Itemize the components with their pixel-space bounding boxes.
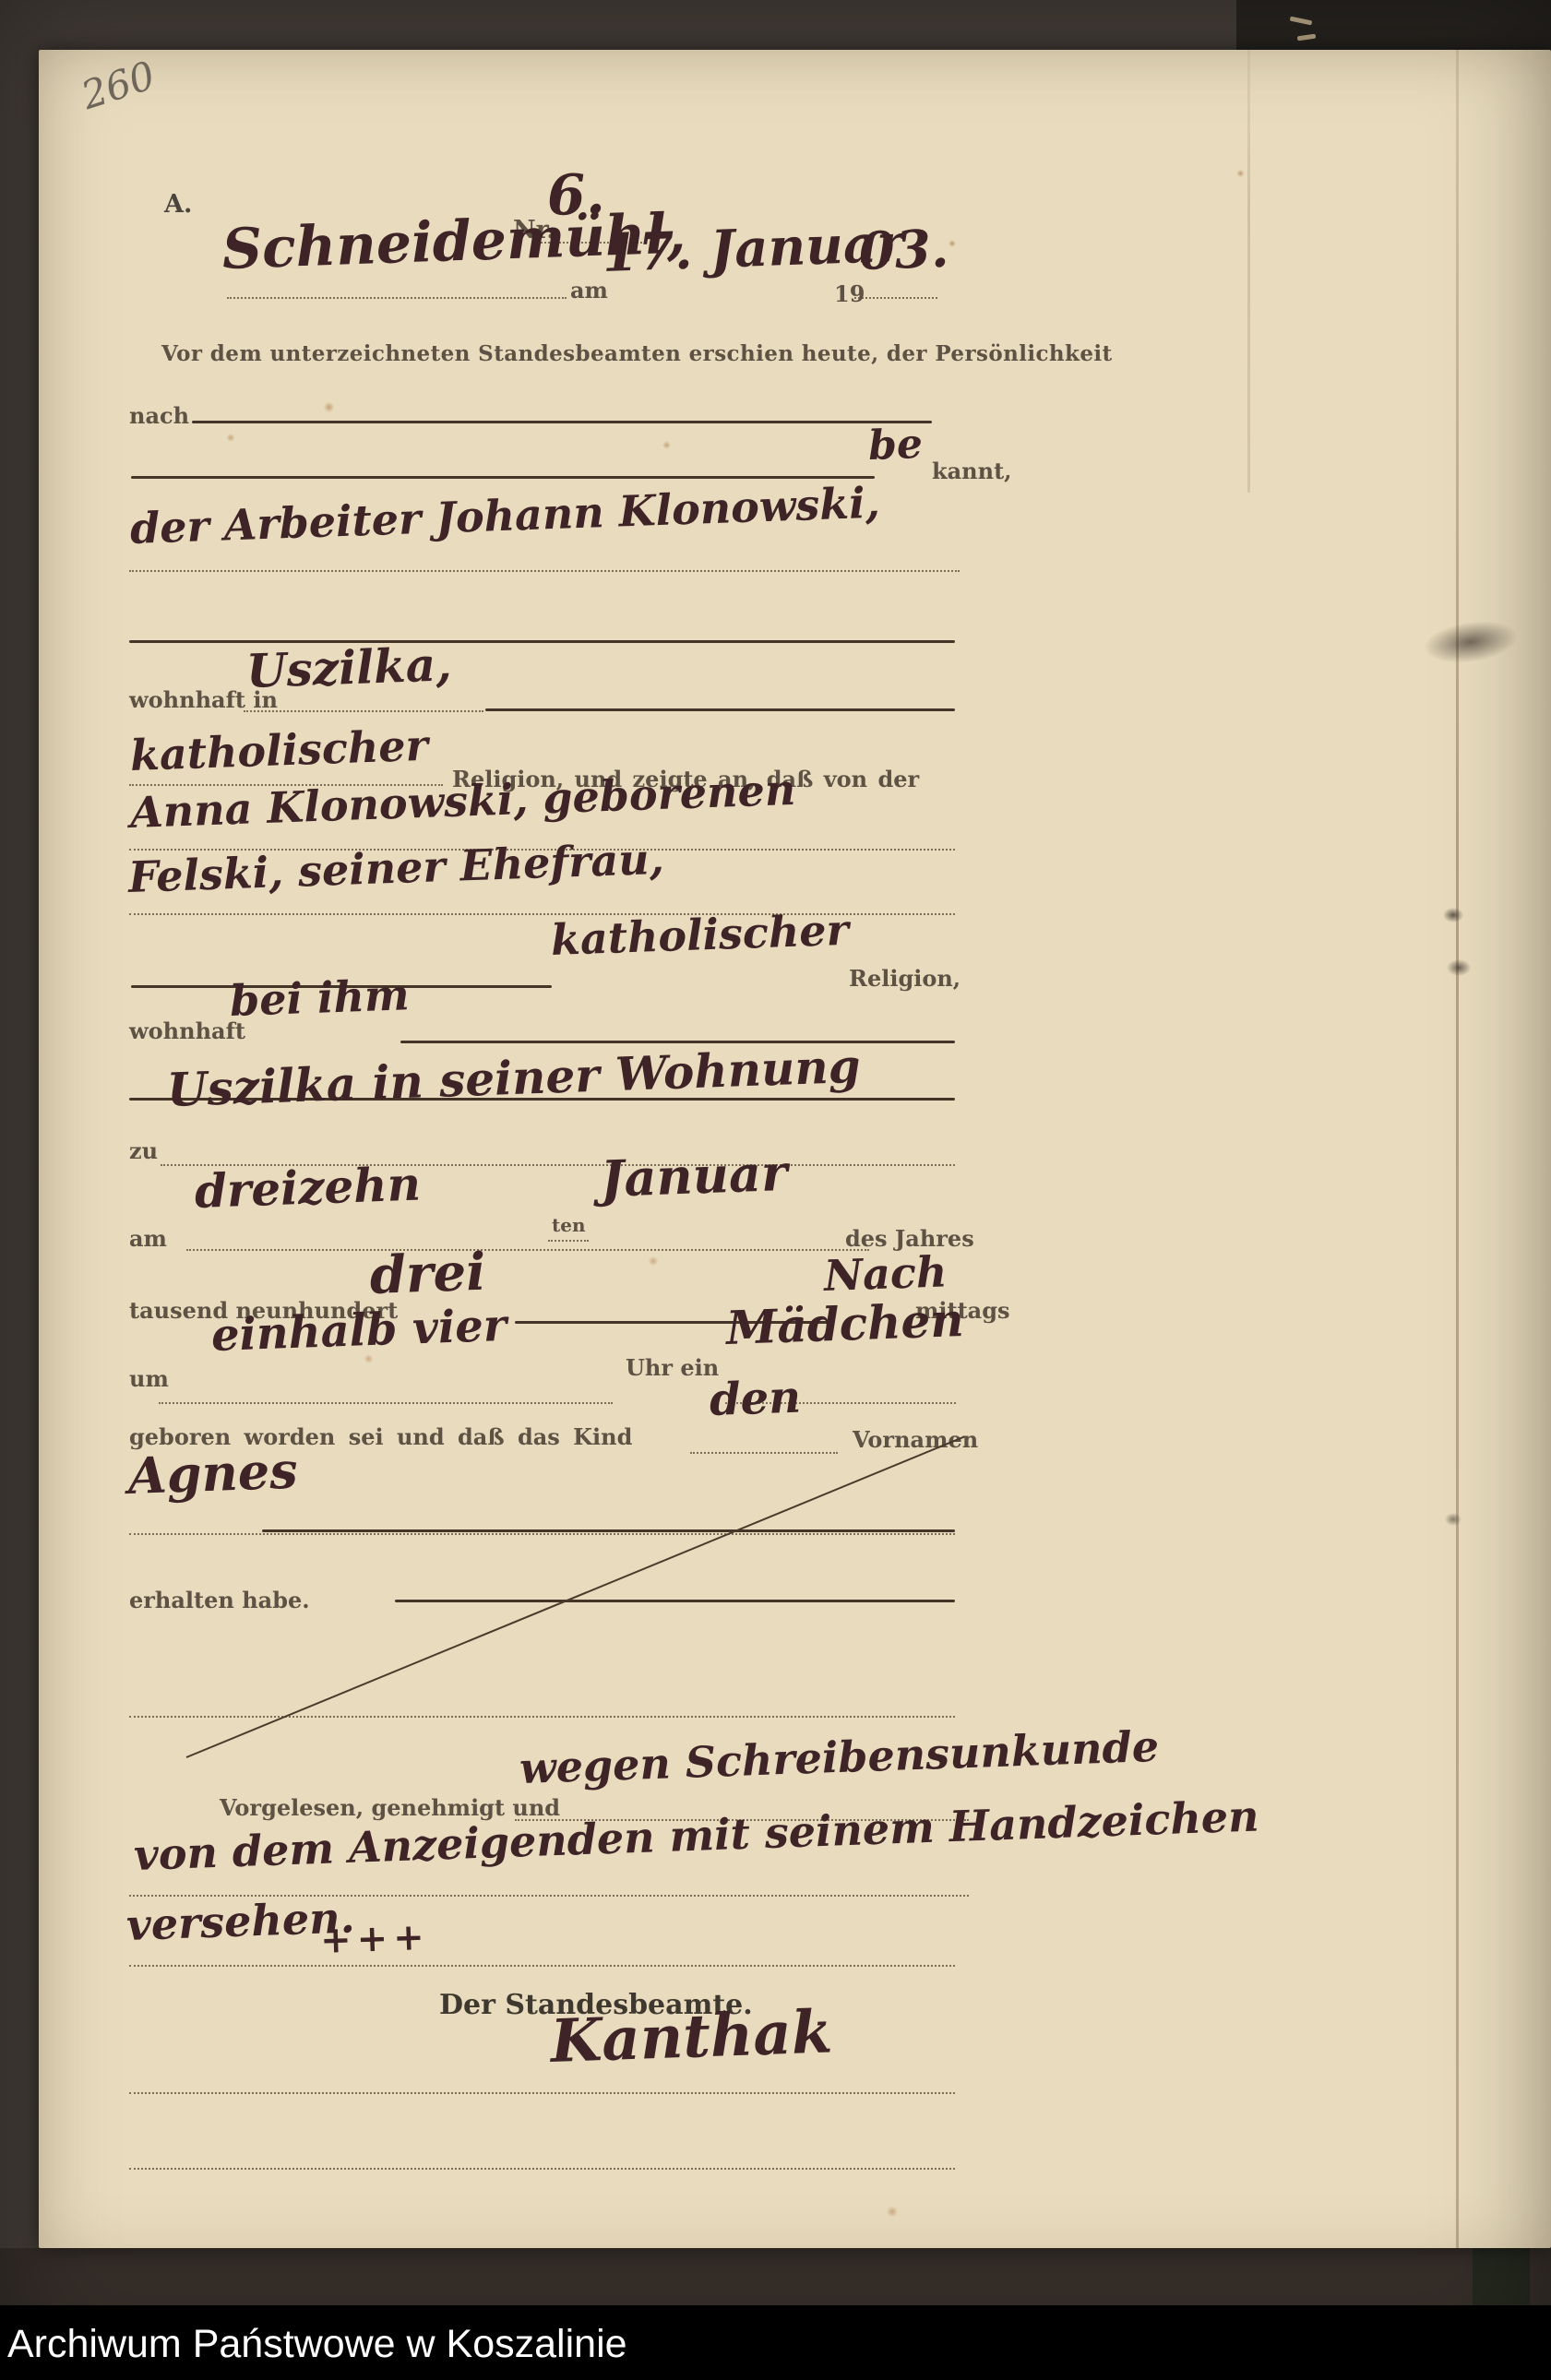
foxing-spot [886,2207,899,2217]
ruled-line [192,421,932,423]
residence2-value: bei ihm [229,970,410,1026]
form-letter-a: A. [164,190,192,219]
dotted-line [690,1452,838,1454]
foxing-spot [662,441,671,449]
dotted-line [129,1533,955,1535]
religion2-value: katholischer [550,905,850,965]
dotted-line [548,1240,589,1242]
ink-speck [1445,1513,1462,1526]
year-word-value: drei [369,1242,487,1306]
dotted-line [129,1965,955,1967]
archive-caption-text: Archiwum Państwowe w Koszalinie [7,2305,627,2380]
ruled-line [131,476,875,479]
dotted-line [244,710,483,712]
ruled-line [485,708,955,711]
birth-day-value: dreizehn [194,1156,422,1219]
book-spine-bottom [1473,2248,1530,2305]
date-year: 03. [858,219,950,282]
wohnhaft-label: wohnhaft [129,1017,245,1044]
residence-value: Uszilka, [245,637,453,698]
archive-caption-bar: Archiwum Państwowe w Koszalinie [0,2305,1551,2380]
den-value: den [709,1372,802,1426]
ruled-line [395,1600,955,1602]
intro-text: Vor dem unterzeichneten Standesbeamten e… [161,341,1113,366]
ruled-line [400,1041,955,1043]
declarant-name: der Arbeiter Johann Klonowski, [129,478,880,553]
foxing-spot [226,434,235,442]
birthplace-value: Uszilka in seiner Wohnung [166,1039,862,1117]
am-label: am [570,277,608,303]
century-label: 19 [834,280,865,307]
dotted-line [129,1716,955,1718]
birth-time-value: einhalb vier [210,1300,507,1362]
religion1-value: katholischer [129,720,429,780]
kannt-label: kannt, [932,458,1012,484]
paper-fold-crease [1456,50,1459,2248]
erhalten-label: erhalten habe. [129,1587,310,1613]
child-firstname: Agnes [127,1441,299,1505]
ink-smudge [1420,615,1521,669]
nach-label: nach [129,402,189,429]
archival-scan-stage: 260 A. Nr. 6. Schneidemühl, am 17. Janua… [0,0,1551,2380]
um-label: um [129,1365,169,1392]
backdrop-bottom [0,2248,1551,2305]
dotted-line [854,297,937,299]
binding-stitch [1290,17,1313,26]
dotted-line [159,1402,613,1404]
nach-mittags-value: Nach [823,1246,948,1301]
foxing-spot [648,1256,659,1266]
certificate-page: 260 A. Nr. 6. Schneidemühl, am 17. Janua… [39,50,1551,2248]
ten-suffix-label: ten [552,1214,586,1236]
paper-fold-crease-upper [1247,50,1250,493]
handmark-crosses: +++ [319,1915,430,1962]
foxing-spot [1236,170,1245,177]
registrar-signature: Kanthak [549,1997,833,2077]
ink-speck [1443,908,1463,922]
mother-name-line2: Felski, seiner Ehefrau, [127,834,664,902]
dotted-line [129,570,960,572]
birth-month-value: Januar [600,1143,789,1208]
dotted-line [227,297,567,299]
ink-speck [1447,959,1471,976]
dotted-line [129,2168,955,2170]
gender-value: Mädchen [725,1292,965,1355]
be-handwritten: be [867,421,924,470]
uhr-ein-label: Uhr ein [626,1354,719,1381]
am2-label: am [129,1225,167,1252]
dotted-line [129,2092,955,2094]
ruled-line [129,640,955,643]
pencil-page-number: 260 [76,53,160,118]
book-spine-top [1236,0,1551,50]
foxing-spot [323,402,335,412]
binding-stitch [1297,34,1317,42]
ruled-line [262,1529,955,1532]
zu-label: zu [129,1137,158,1164]
dotted-line [186,1249,869,1251]
closing-reason: wegen Schreibensunkunde [519,1721,1160,1793]
religion2-label: Religion, [849,965,960,992]
foxing-spot [948,240,956,247]
